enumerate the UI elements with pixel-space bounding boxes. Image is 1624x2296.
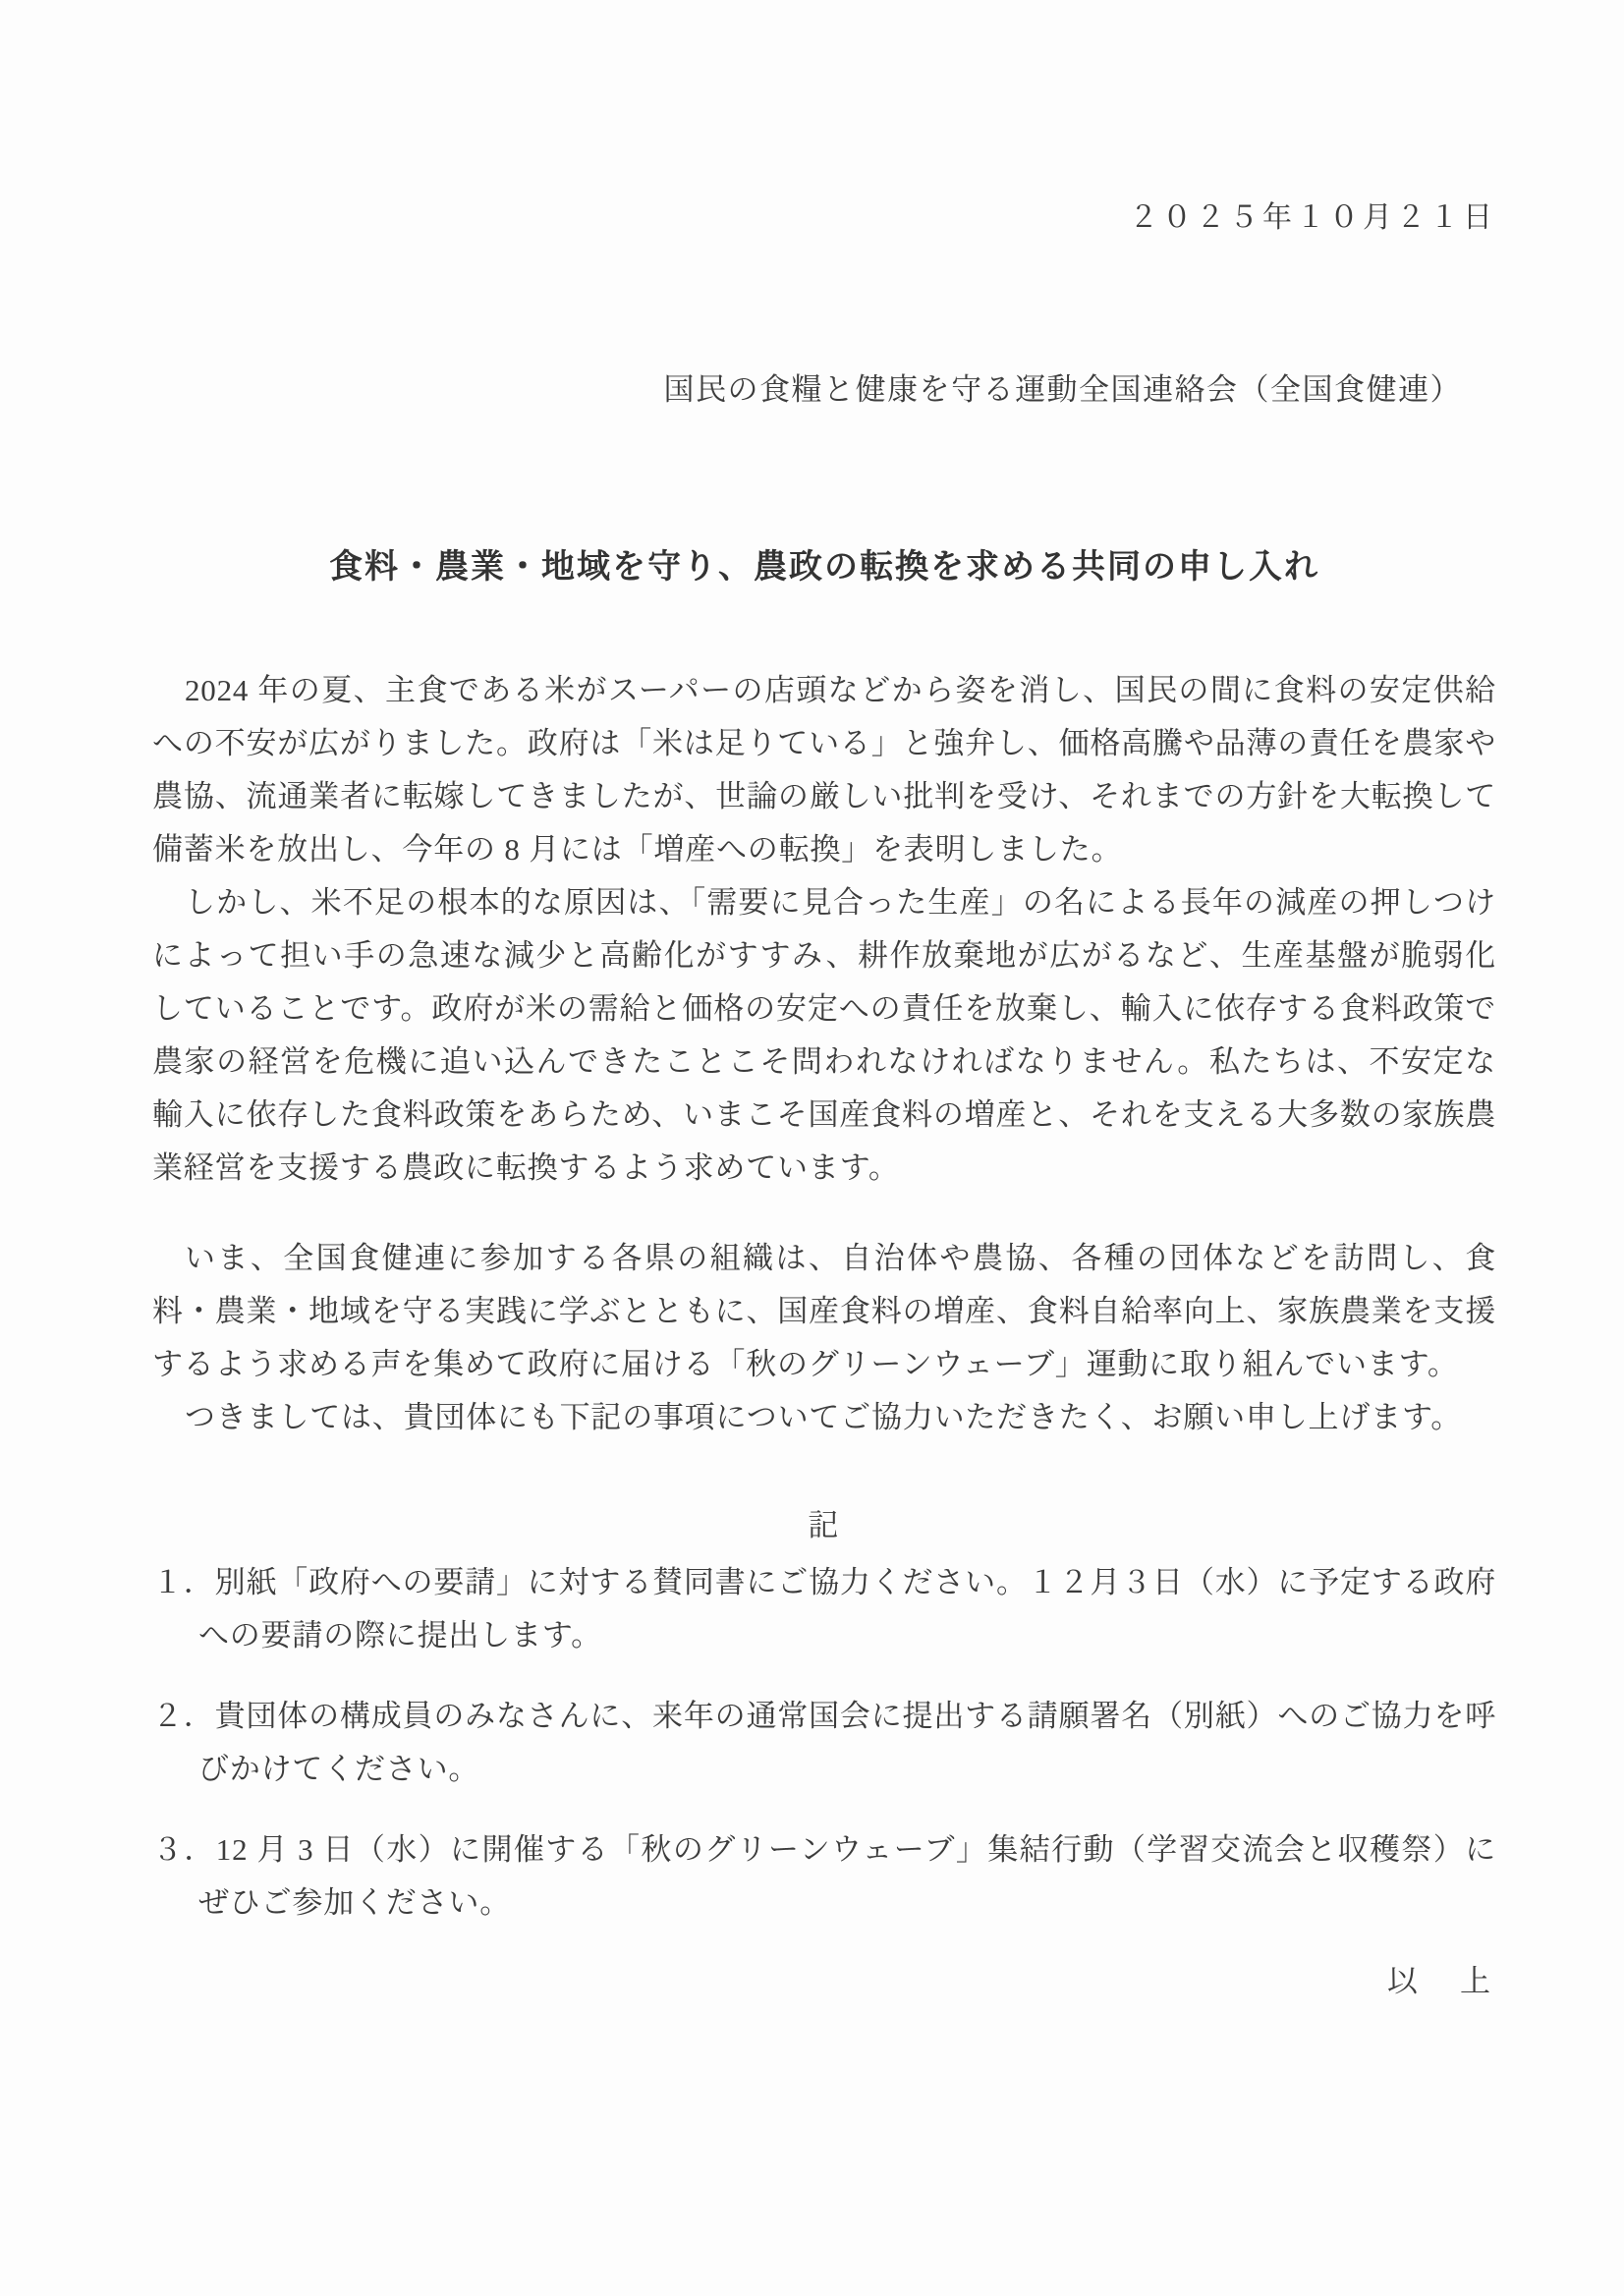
document-title: 食料・農業・地域を守り、農政の転換を求める共同の申し入れ [152, 542, 1496, 591]
record-item-1: １．別紙「政府への要請」に対する賛同書にご協力ください。１２月３日（水）に予定す… [152, 1556, 1496, 1662]
record-item-3-text: 12 月 3 日（水）に開催する「秋のグリーンウェーブ」集結行動（学習交流会と収… [198, 1832, 1496, 1920]
record-item-2-text: 貴団体の構成員のみなさんに、来年の通常国会に提出する請願署名（別紙）へのご協力を… [198, 1699, 1496, 1786]
closing-mark: 以 上 [152, 1955, 1496, 2008]
sender-organization: 国民の食糧と健康を守る運動全国連絡会（全国食健連） [152, 367, 1496, 413]
document-body: 2024 年の夏、主食である米がスーパーの店頭などから姿を消し、国民の間に食料の… [152, 664, 1496, 2008]
record-item-1-number: １． [152, 1565, 215, 1599]
document-date: ２０２５年１０月２１日 [152, 196, 1496, 240]
record-heading: 記 [152, 1499, 1496, 1552]
body-paragraph-2: しかし、米不足の根本的な原因は、「需要に見合った生産」の名による長年の減産の押し… [152, 876, 1496, 1195]
record-item-2: ２．貴団体の構成員のみなさんに、来年の通常国会に提出する請願署名（別紙）へのご協… [152, 1690, 1496, 1796]
record-item-2-number: ２． [152, 1699, 215, 1733]
scanned-letter-page: ２０２５年１０月２１日 国民の食糧と健康を守る運動全国連絡会（全国食健連） 食料… [0, 0, 1624, 2296]
body-paragraph-1: 2024 年の夏、主食である米がスーパーの店頭などから姿を消し、国民の間に食料の… [152, 664, 1496, 876]
record-item-3-number: ３． [152, 1832, 216, 1867]
record-item-3: ３．12 月 3 日（水）に開催する「秋のグリーンウェーブ」集結行動（学習交流会… [152, 1823, 1496, 1930]
record-item-1-text: 別紙「政府への要請」に対する賛同書にご協力ください。１２月３日（水）に予定する政… [198, 1565, 1496, 1652]
body-paragraph-4: つきましては、貴団体にも下記の事項についてご協力いただきたく、お願い申し上げます… [152, 1391, 1496, 1444]
body-paragraph-3: いま、全国食健連に参加する各県の組織は、自治体や農協、各種の団体などを訪問し、食… [152, 1232, 1496, 1391]
